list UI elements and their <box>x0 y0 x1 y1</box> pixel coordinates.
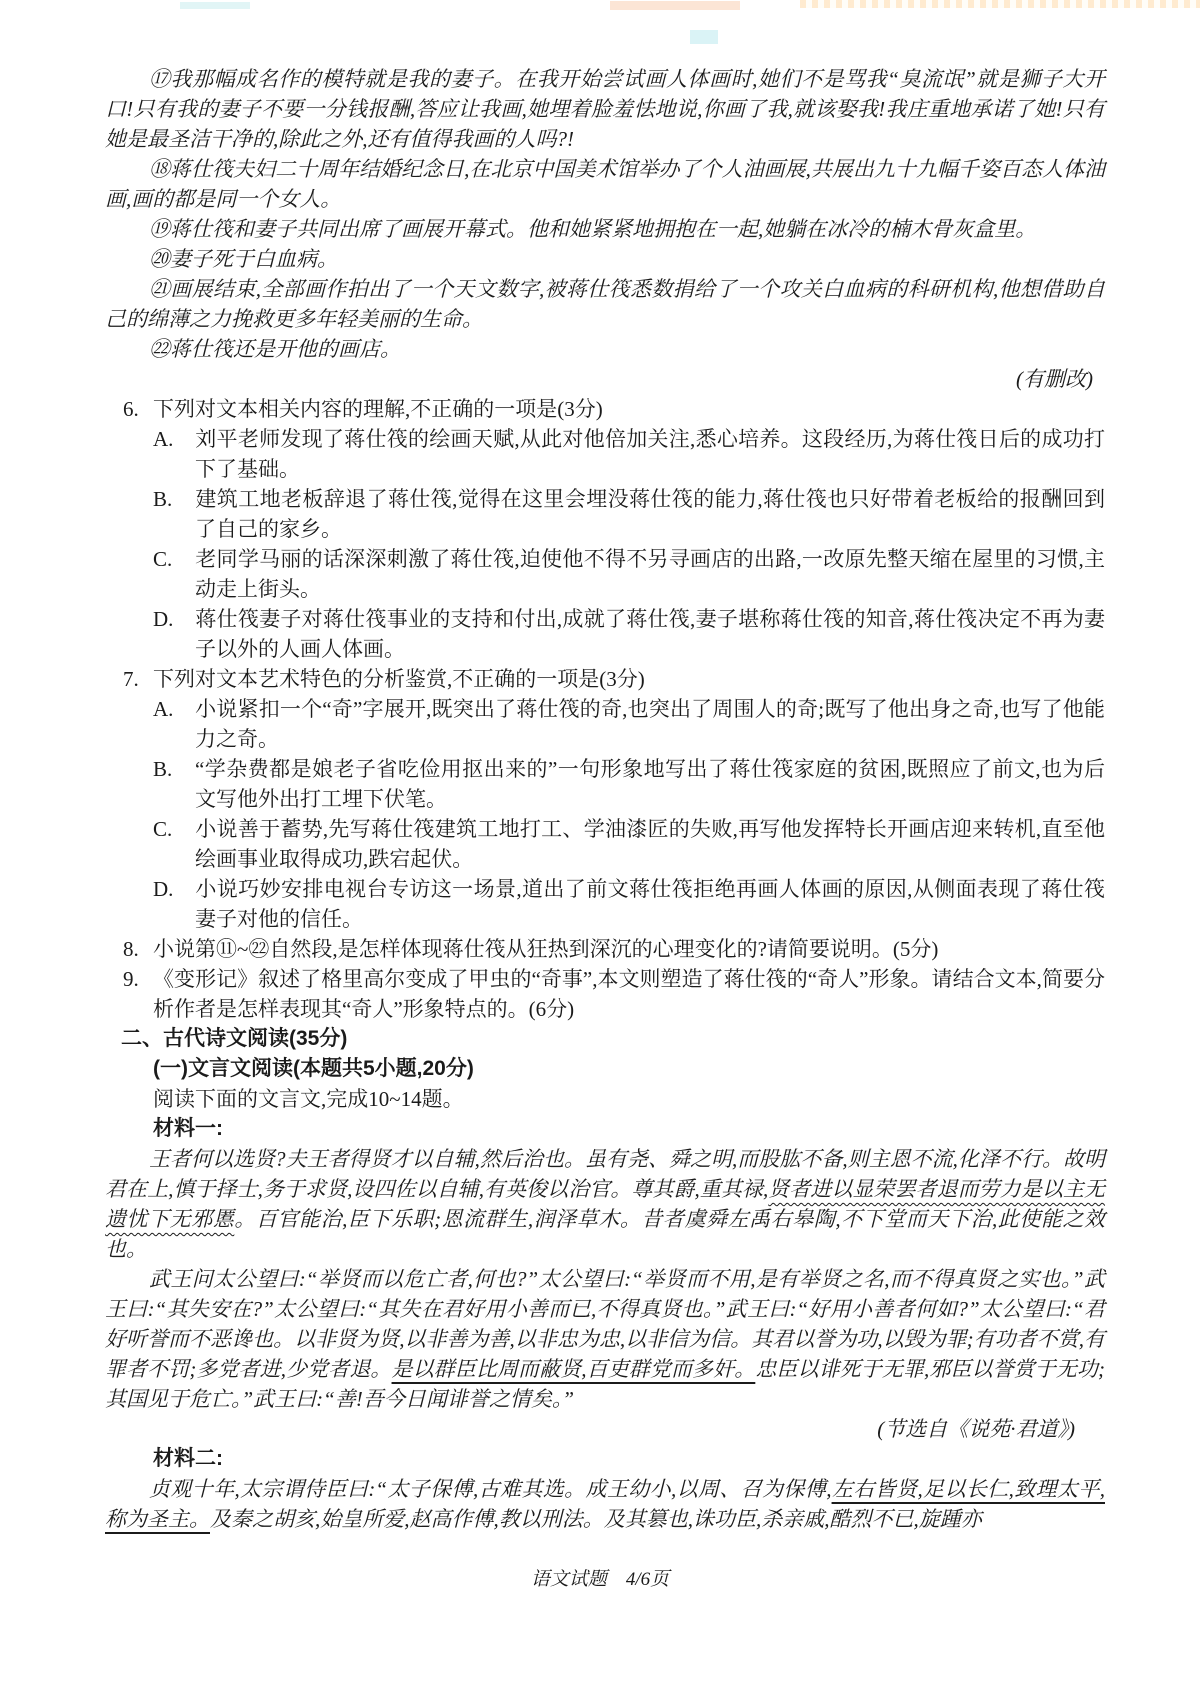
scan-noise-mark <box>800 0 1200 8</box>
passage-paragraph: ⑳妻子死于白血病。 <box>105 244 1105 274</box>
exam-page: ⑰我那幅成名作的模特就是我的妻子。在我开始尝试画人体画时,她们不是骂我“臭流氓”… <box>0 0 1200 1698</box>
option-label: D. <box>153 874 195 904</box>
question-stem-text: 《变形记》叙述了格里高尔变成了甲虫的“奇事”,本文则塑造了蒋仕筏的“奇人”形象。… <box>153 967 1105 1021</box>
question-stem: 8.小说第⑪~㉒自然段,是怎样体现蒋仕筏从狂热到深沉的心理变化的?请简要说明。(… <box>105 934 1105 964</box>
question-9: 9.《变形记》叙述了格里高尔变成了甲虫的“奇事”,本文则塑造了蒋仕筏的“奇人”形… <box>105 964 1105 1024</box>
option-b: B.“学杂费都是娘老子省吃俭用抠出来的”一句形象地写出了蒋仕筏家庭的贫困,既照应… <box>105 754 1105 814</box>
question-number: 8. <box>123 934 153 964</box>
option-c: C.小说善于蓄势,先写蒋仕筏建筑工地打工、学油漆匠的失败,再写他发挥特长开画店迎… <box>105 814 1105 874</box>
question-number: 6. <box>123 394 153 424</box>
scan-noise-mark <box>180 2 250 9</box>
subsection-title: (一)文言文阅读(本题共5小题,20分) <box>105 1054 1105 1084</box>
option-label: A. <box>153 424 195 454</box>
question-number: 9. <box>123 964 153 994</box>
question-stem: 6.下列对文本相关内容的理解,不正确的一项是(3分) <box>105 394 1105 424</box>
instruction-text: 阅读下面的文言文,完成10~14题。 <box>105 1084 1105 1114</box>
option-label: C. <box>153 544 195 574</box>
material-text: 。百官能治,臣下乐职;恩流群生,润泽草木。昔者虞舜左禹右皋陶,不下堂而天下治,此… <box>105 1207 1105 1261</box>
passage-paragraph: ⑰我那幅成名作的模特就是我的妻子。在我开始尝试画人体画时,她们不是骂我“臭流氓”… <box>105 64 1105 154</box>
question-6: 6.下列对文本相关内容的理解,不正确的一项是(3分) A.刘平老师发现了蒋仕筏的… <box>105 394 1105 664</box>
scan-noise-mark <box>690 30 718 44</box>
material-2-label: 材料二: <box>105 1444 1105 1474</box>
question-stem-text: 下列对文本艺术特色的分析鉴赏,不正确的一项是(3分) <box>153 667 645 691</box>
option-text: 老同学马丽的话深深刺激了蒋仕筏,迫使他不得不另寻画店的出路,一改原先整天缩在屋里… <box>195 547 1105 601</box>
option-text: “学杂费都是娘老子省吃俭用抠出来的”一句形象地写出了蒋仕筏家庭的贫困,既照应了前… <box>195 757 1105 811</box>
material-1-source: (节选自《说苑·君道》) <box>105 1414 1105 1444</box>
footer-text: 语文试题 4/6页 <box>531 1569 669 1590</box>
passage-paragraph: ㉒蒋仕筏还是开他的画店。 <box>105 334 1105 364</box>
section-ancient-reading: 二、古代诗文阅读(35分) (一)文言文阅读(本题共5小题,20分) 阅读下面的… <box>105 1024 1105 1534</box>
question-7: 7.下列对文本艺术特色的分析鉴赏,不正确的一项是(3分) A.小说紧扣一个“奇”… <box>105 664 1105 934</box>
option-label: B. <box>153 754 195 784</box>
material-1-label: 材料一: <box>105 1114 1105 1144</box>
option-b: B.建筑工地老板辞退了蒋仕筏,觉得在这里会埋没蒋仕筏的能力,蒋仕筏也只好带着老板… <box>105 484 1105 544</box>
page-footer: 语文试题 4/6页 <box>0 1566 1200 1594</box>
option-a: A.刘平老师发现了蒋仕筏的绘画天赋,从此对他倍加关注,悉心培养。这段经历,为蒋仕… <box>105 424 1105 484</box>
option-label: C. <box>153 814 195 844</box>
material-text: 及秦之胡亥,始皇所爱,赵高作傅,教以刑法。及其篡也,诛功臣,杀亲戚,酷烈不已,旋… <box>210 1507 982 1531</box>
passage-paragraph: ⑲蒋仕筏和妻子共同出席了画展开幕式。他和她紧紧地拥抱在一起,她躺在冰冷的楠木骨灰… <box>105 214 1105 244</box>
material-text: 贞观十年,太宗谓侍臣曰:“太子保傅,古难其选。成王幼小,以周、召为保傅, <box>149 1477 832 1501</box>
option-a: A.小说紧扣一个“奇”字展开,既突出了蒋仕筏的奇,也突出了周围人的奇;既写了他出… <box>105 694 1105 754</box>
option-label: D. <box>153 604 195 634</box>
material-2-paragraph: 贞观十年,太宗谓侍臣曰:“太子保傅,古难其选。成王幼小,以周、召为保傅,左右皆贤… <box>105 1474 1105 1534</box>
option-label: A. <box>153 694 195 724</box>
option-text: 刘平老师发现了蒋仕筏的绘画天赋,从此对他倍加关注,悉心培养。这段经历,为蒋仕筏日… <box>195 427 1105 481</box>
option-text: 小说巧妙安排电视台专访这一场景,道出了前文蒋仕筏拒绝再画人体画的原因,从侧面表现… <box>195 877 1105 931</box>
passage-edit-note: (有删改) <box>105 364 1105 394</box>
option-text: 小说善于蓄势,先写蒋仕筏建筑工地打工、学油漆匠的失败,再写他发挥特长开画店迎来转… <box>195 817 1105 871</box>
scan-noise-mark <box>610 1 740 10</box>
question-8: 8.小说第⑪~㉒自然段,是怎样体现蒋仕筏从狂热到深沉的心理变化的?请简要说明。(… <box>105 934 1105 964</box>
passage-paragraph: ⑱蒋仕筏夫妇二十周年结婚纪念日,在北京中国美术馆举办了个人油画展,共展出九十九幅… <box>105 154 1105 214</box>
passage-paragraph: ㉑画展结束,全部画作拍出了一个天文数字,被蒋仕筏悉数捐给了一个攻关白血病的科研机… <box>105 274 1105 334</box>
question-stem-text: 小说第⑪~㉒自然段,是怎样体现蒋仕筏从狂热到深沉的心理变化的?请简要说明。(5分… <box>153 937 938 961</box>
page-content: ⑰我那幅成名作的模特就是我的妻子。在我开始尝试画人体画时,她们不是骂我“臭流氓”… <box>105 64 1105 1534</box>
question-stem-text: 下列对文本相关内容的理解,不正确的一项是(3分) <box>153 397 603 421</box>
underlined-text: 是以群臣比周而蔽贤,百吏群党而多奸。 <box>392 1357 756 1381</box>
option-d: D.蒋仕筏妻子对蒋仕筏事业的支持和付出,成就了蒋仕筏,妻子堪称蒋仕筏的知音,蒋仕… <box>105 604 1105 664</box>
option-label: B. <box>153 484 195 514</box>
section-title: 二、古代诗文阅读(35分) <box>105 1024 1105 1054</box>
option-text: 蒋仕筏妻子对蒋仕筏事业的支持和付出,成就了蒋仕筏,妻子堪称蒋仕筏的知音,蒋仕筏决… <box>195 607 1105 661</box>
question-stem: 9.《变形记》叙述了格里高尔变成了甲虫的“奇事”,本文则塑造了蒋仕筏的“奇人”形… <box>105 964 1105 1024</box>
option-d: D.小说巧妙安排电视台专访这一场景,道出了前文蒋仕筏拒绝再画人体画的原因,从侧面… <box>105 874 1105 934</box>
reading-passage: ⑰我那幅成名作的模特就是我的妻子。在我开始尝试画人体画时,她们不是骂我“臭流氓”… <box>105 64 1105 394</box>
material-1-paragraph-2: 武王问太公望曰:“举贤而以危亡者,何也?”太公望曰:“举贤而不用,是有举贤之名,… <box>105 1264 1105 1414</box>
material-1-paragraph-1: 王者何以选贤?夫王者得贤才以自辅,然后治也。虽有尧、舜之明,而股肱不备,则主恩不… <box>105 1144 1105 1264</box>
option-text: 建筑工地老板辞退了蒋仕筏,觉得在这里会埋没蒋仕筏的能力,蒋仕筏也只好带着老板给的… <box>195 487 1105 541</box>
question-stem: 7.下列对文本艺术特色的分析鉴赏,不正确的一项是(3分) <box>105 664 1105 694</box>
option-text: 小说紧扣一个“奇”字展开,既突出了蒋仕筏的奇,也突出了周围人的奇;既写了他出身之… <box>195 697 1105 751</box>
option-c: C.老同学马丽的话深深刺激了蒋仕筏,迫使他不得不另寻画店的出路,一改原先整天缩在… <box>105 544 1105 604</box>
question-number: 7. <box>123 664 153 694</box>
